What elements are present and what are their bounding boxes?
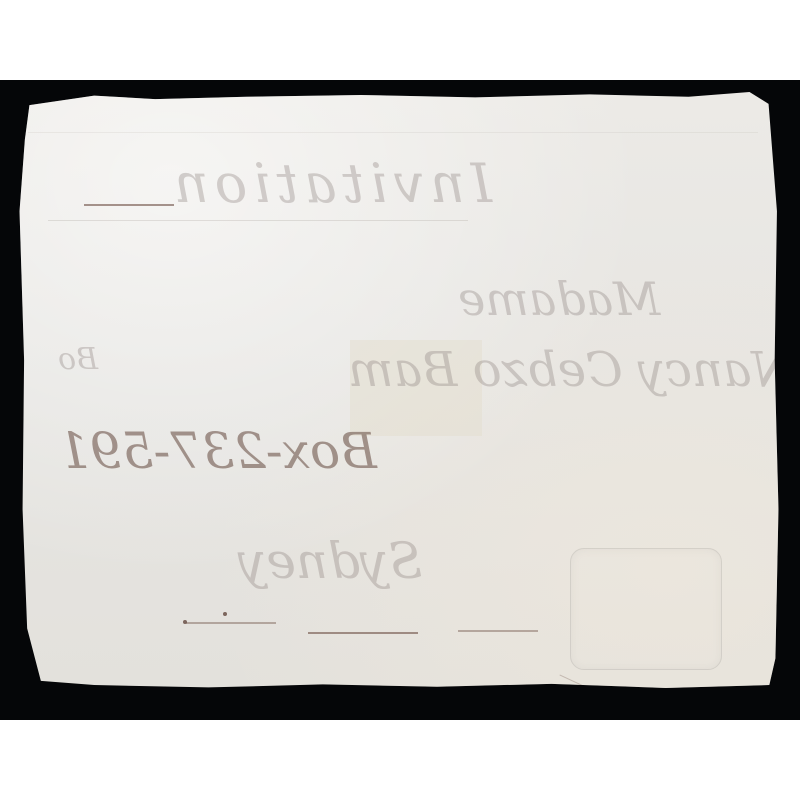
fold-crease xyxy=(48,220,468,221)
ink-underline xyxy=(84,204,174,206)
fold-crease xyxy=(28,132,758,133)
envelope-photo: Invitation Madame Bo Nancy Cebzo Bam Box… xyxy=(0,80,800,720)
bleed-text-line4: Box-237-591 xyxy=(58,422,377,480)
ink-underline xyxy=(308,632,418,634)
stamp-impression xyxy=(570,548,722,670)
ink-underline xyxy=(458,630,538,632)
bleed-text-line2: Madame xyxy=(458,272,660,326)
ink-underline xyxy=(186,622,276,624)
paper-scratch xyxy=(559,674,592,690)
bleed-text-line3: Nancy Cebzo Bam xyxy=(348,342,794,398)
bleed-text-line5: Sydney xyxy=(238,532,423,590)
bleed-text-side-note: Bo xyxy=(58,342,98,377)
envelope-back: Invitation Madame Bo Nancy Cebzo Bam Box… xyxy=(18,92,780,688)
ink-dot xyxy=(223,612,227,616)
bleed-text-line1: Invitation xyxy=(168,152,492,215)
